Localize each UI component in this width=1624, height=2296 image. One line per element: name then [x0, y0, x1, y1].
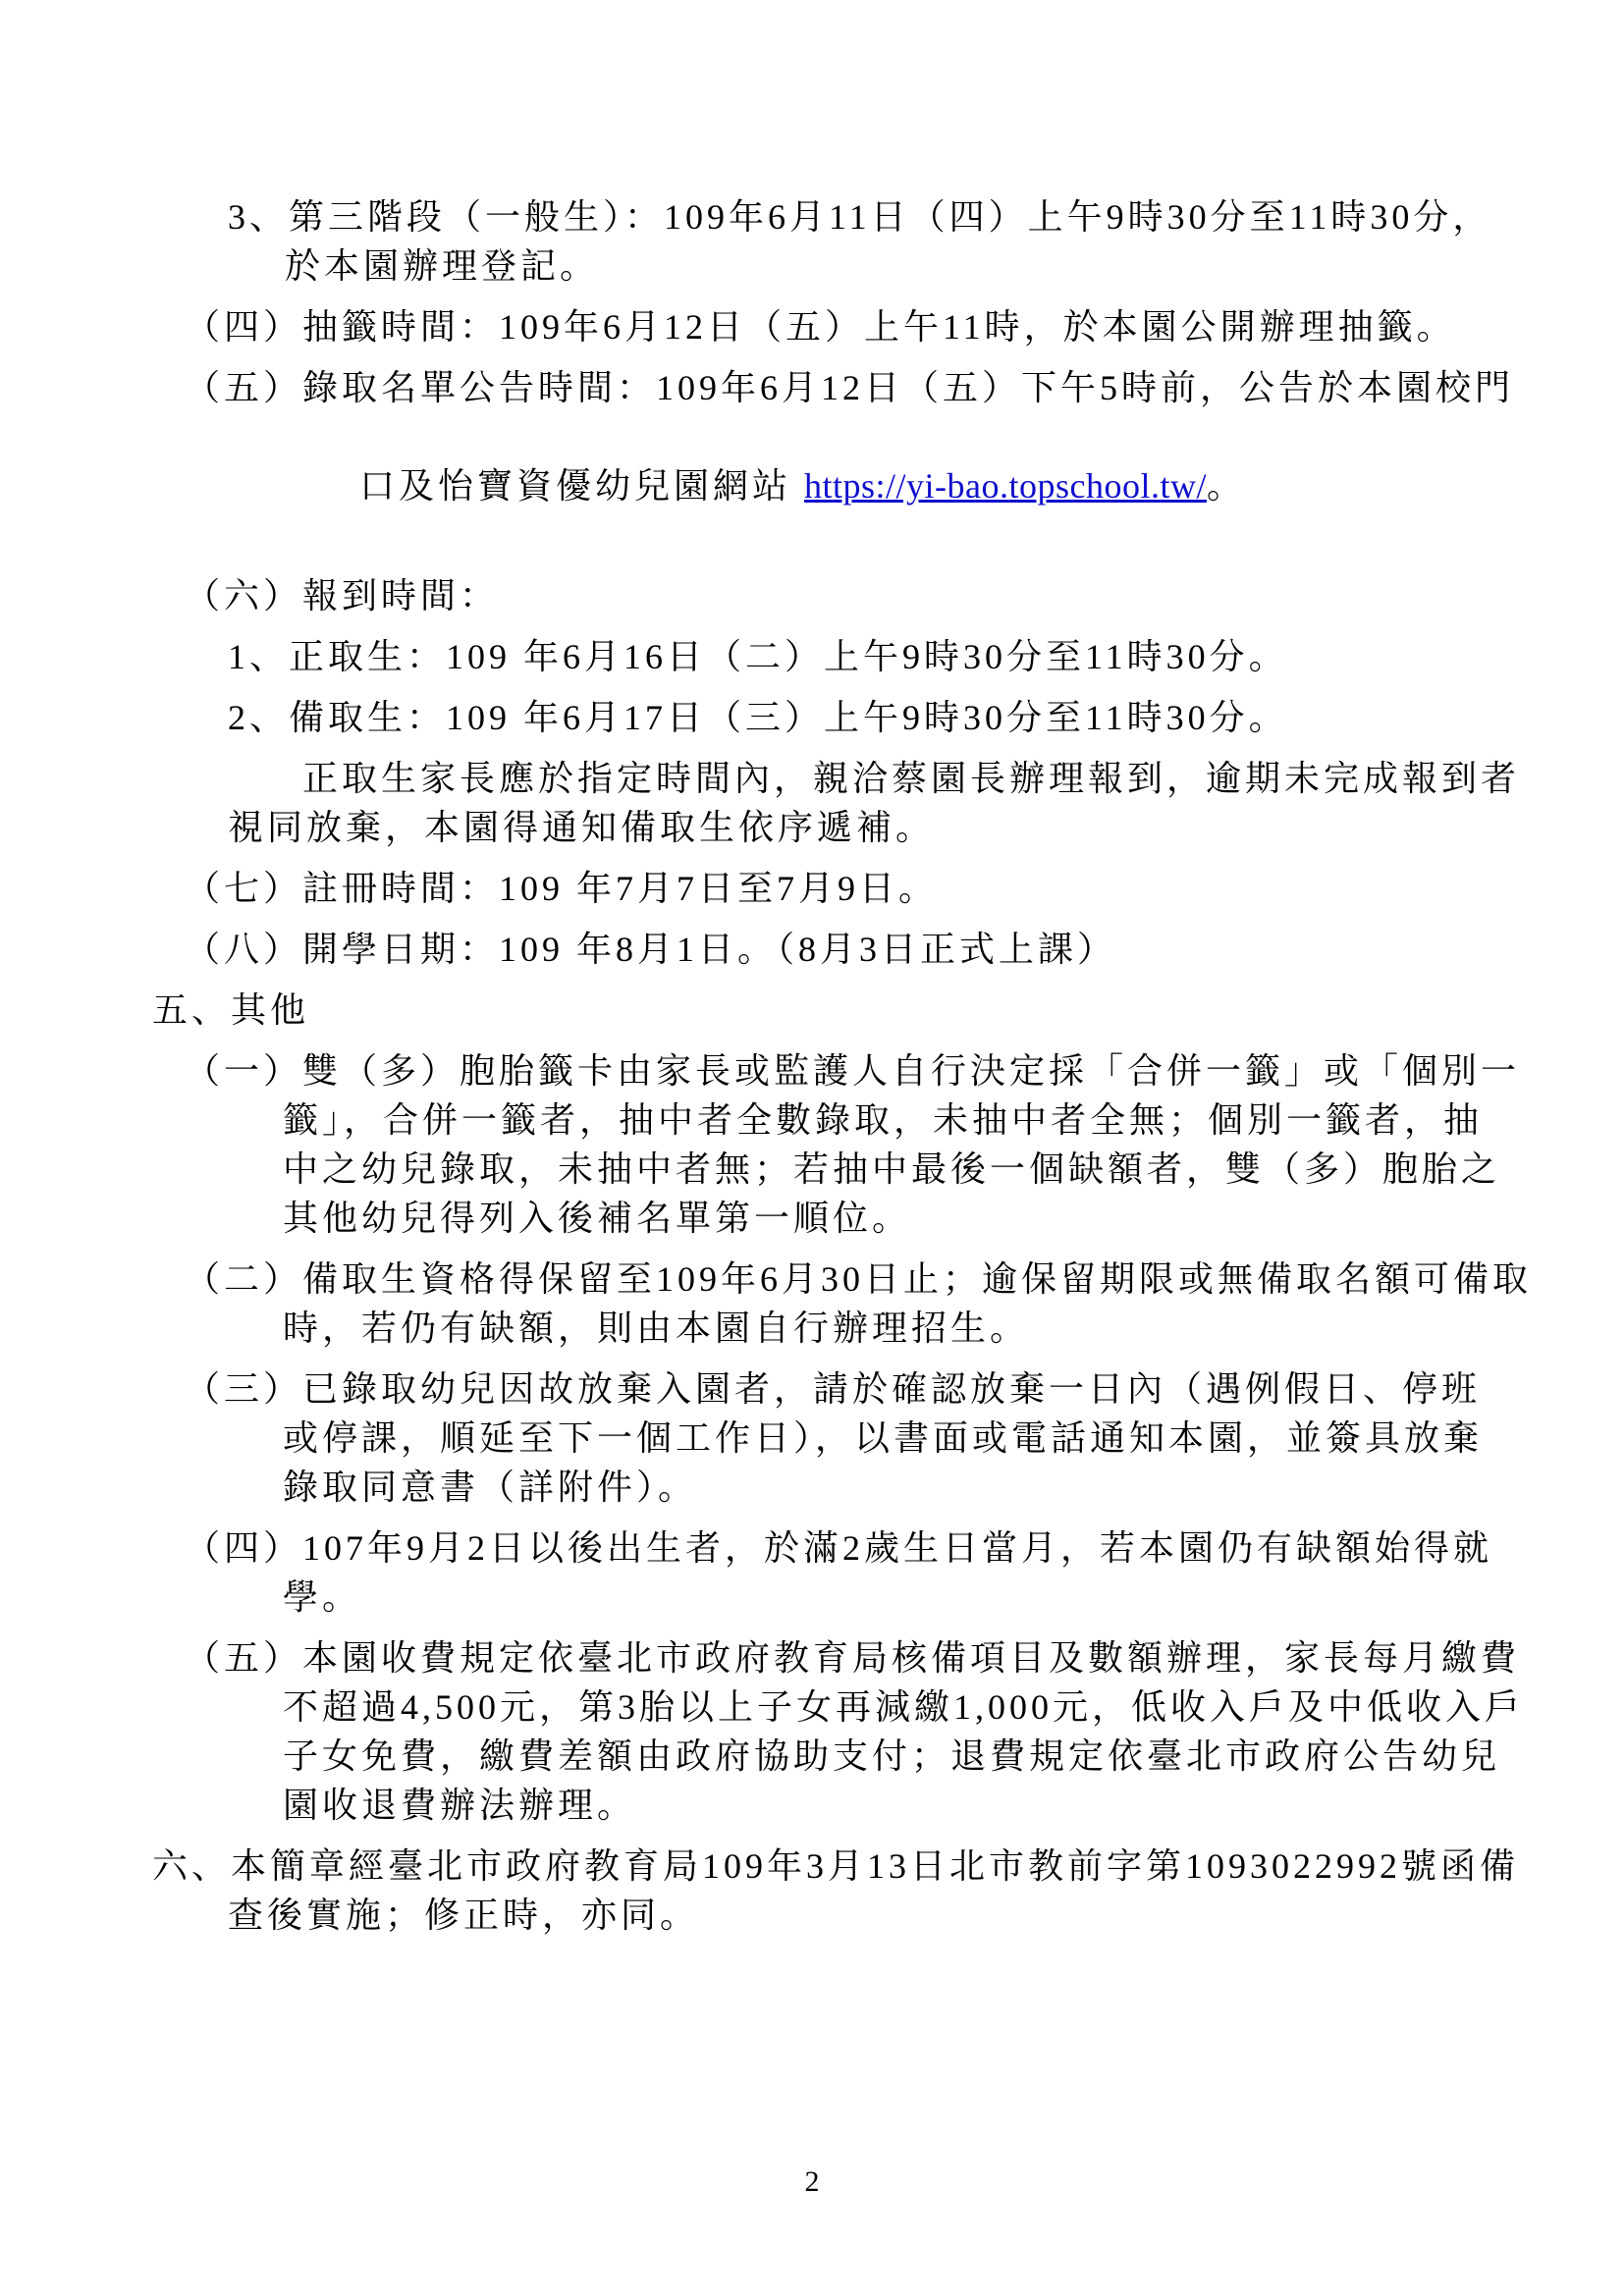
document-page: 3、第三階段（一般生）：109年6月11日（四）上午9時30分至11時30分， …: [0, 0, 1624, 2296]
doc-line-stage3-wrap: 於本園辦理登記。: [0, 241, 1624, 291]
doc-line-item6-checkin: （六）報到時間：: [0, 571, 1624, 620]
doc-line-other1-wrap2: 中之幼兒錄取，未抽中者無；若抽中最後一個缺額者，雙（多）胞胎之: [0, 1145, 1624, 1194]
doc-line-item5-wrap: 口及怡寶資優幼兒園網站 https://yi-bao.topschool.tw/…: [0, 412, 1624, 560]
doc-line-section6-approval: 六、本簡章經臺北市政府教育局109年3月13日北市教前字第1093022992號…: [0, 1842, 1624, 1891]
school-website-link[interactable]: https://yi-bao.topschool.tw/: [804, 466, 1207, 506]
doc-heading-section5-other: 五、其他: [0, 986, 1624, 1035]
doc-line-other5-wrap3: 園收退費辦法辦理。: [0, 1781, 1624, 1830]
doc-line-other3-wrap2: 錄取同意書（詳附件）。: [0, 1463, 1624, 1512]
doc-line-other4-wrap: 學。: [0, 1573, 1624, 1622]
doc-line-other1-wrap1: 籤」，合併一籤者，抽中者全數錄取，未抽中者全無；個別一籤者，抽: [0, 1095, 1624, 1145]
doc-line-section6-wrap: 查後實施；修正時，亦同。: [0, 1891, 1624, 1940]
doc-line-checkin-admitted: 1、正取生：109 年6月16日（二）上午9時30分至11時30分。: [0, 632, 1624, 681]
doc-line-checkin-note: 正取生家長應於指定時間內，親洽蔡園長辦理報到，逾期未完成報到者: [0, 754, 1624, 803]
page-number: 2: [0, 2164, 1624, 2200]
doc-line-other1-twins: （一）雙（多）胞胎籤卡由家長或監護人自行決定採「合併一籤」或「個別一: [0, 1046, 1624, 1095]
doc-line-checkin-note-wrap: 視同放棄，本園得通知備取生依序遞補。: [0, 803, 1624, 852]
doc-line-item5-announce: （五）錄取名單公告時間：109年6月12日（五）下午5時前，公告於本園校門: [0, 363, 1624, 412]
document-body: 3、第三階段（一般生）：109年6月11日（四）上午9時30分至11時30分， …: [0, 192, 1624, 1940]
doc-line-other5-wrap2: 子女免費，繳費差額由政府協助支付；退費規定依臺北市政府公告幼兒: [0, 1732, 1624, 1781]
doc-line-other5-fees: （五）本園收費規定依臺北市政府教育局核備項目及數額辦理，家長每月繳費: [0, 1633, 1624, 1682]
doc-line-other2-wrap: 時，若仍有缺額，則由本園自行辦理招生。: [0, 1304, 1624, 1353]
doc-line-item4-lottery: （四）抽籤時間：109年6月12日（五）上午11時，於本園公開辦理抽籤。: [0, 302, 1624, 351]
link-suffix-text: 。: [1207, 466, 1246, 506]
doc-line-other3-wrap1: 或停課，順延至下一個工作日），以書面或電話通知本園，並簽具放棄: [0, 1414, 1624, 1463]
doc-line-item7-register: （七）註冊時間：109 年7月7日至7月9日。: [0, 864, 1624, 913]
doc-line-item8-schoolstart: （八）開學日期：109 年8月1日。（8月3日正式上課）: [0, 925, 1624, 974]
doc-line-other2-waitlist: （二）備取生資格得保留至109年6月30日止；逾保留期限或無備取名額可備取: [0, 1255, 1624, 1304]
doc-line-other4-birthdate: （四）107年9月2日以後出生者，於滿2歲生日當月，若本園仍有缺額始得就: [0, 1523, 1624, 1573]
doc-line-other3-forfeit: （三）已錄取幼兒因故放棄入園者，請於確認放棄一日內（遇例假日、停班: [0, 1364, 1624, 1414]
doc-line-other1-wrap3: 其他幼兒得列入後補名單第一順位。: [0, 1194, 1624, 1243]
link-prefix-text: 口及怡寶資優幼兒園網站: [359, 466, 804, 506]
doc-line-checkin-waitlist: 2、備取生：109 年6月17日（三）上午9時30分至11時30分。: [0, 693, 1624, 742]
doc-line-other5-wrap1: 不超過4,500元，第3胎以上子女再減繳1,000元，低收入戶及中低收入戶: [0, 1682, 1624, 1732]
doc-line-stage3: 3、第三階段（一般生）：109年6月11日（四）上午9時30分至11時30分，: [0, 192, 1624, 241]
